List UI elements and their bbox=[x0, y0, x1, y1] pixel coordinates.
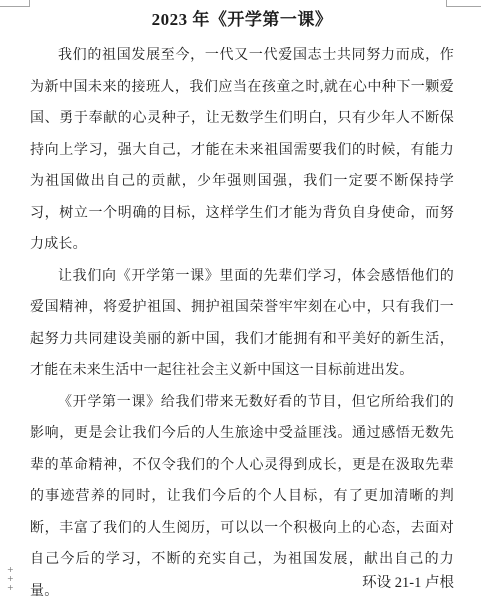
document-page: 2023 年《开学第一课》 我们的祖国发展至今，一代又一代爱国志士共同努力而成，… bbox=[0, 0, 484, 600]
crop-mark-top-left-icon bbox=[0, 0, 30, 7]
anchor-mark-icon: + bbox=[7, 575, 14, 582]
crop-mark-top-right-icon bbox=[446, 0, 481, 7]
paragraph-2: 让我们向《开学第一课》里面的先辈们学习，体会感悟他们的爱国精神，将爱护祖国、拥护… bbox=[30, 261, 454, 387]
paragraph-1: 我们的祖国发展至今，一代又一代爱国志士共同努力而成，作为新中国未来的接班人，我们… bbox=[30, 40, 454, 261]
paragraph-3: 《开学第一课》给我们带来无数好看的节目，但它所给我们的影响，更是会让我们今后的人… bbox=[30, 387, 454, 600]
document-body: 2023 年《开学第一课》 我们的祖国发展至今，一代又一代爱国志士共同努力而成，… bbox=[30, 8, 454, 600]
author-signature: 环设 21-1 卢根 bbox=[362, 572, 454, 594]
anchor-mark-icon: + bbox=[7, 566, 14, 573]
anchor-marks: + + + bbox=[7, 566, 14, 591]
page-title: 2023 年《开学第一课》 bbox=[30, 8, 454, 32]
anchor-mark-icon: + bbox=[7, 584, 14, 591]
